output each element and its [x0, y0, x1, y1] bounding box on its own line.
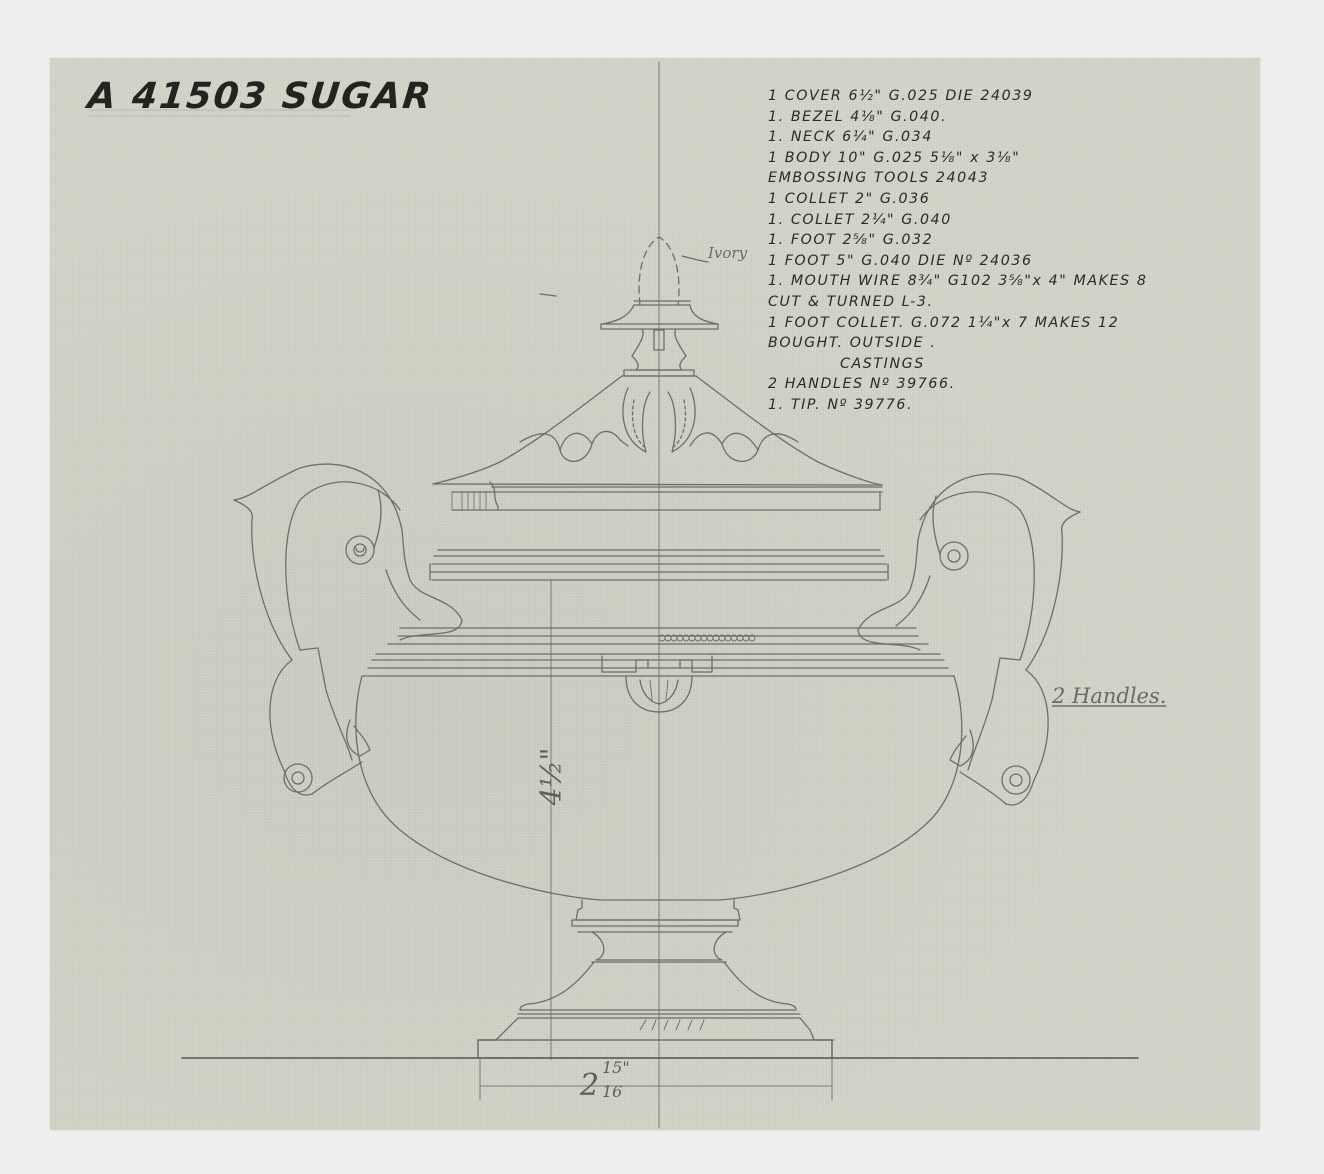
spec-line: 1. MOUTH WIRE 8¾" G102 3⅝"x 4" MAKES 8: [768, 271, 1147, 292]
height-dimension-label: 4½": [534, 748, 567, 806]
right-handle: [858, 474, 1080, 805]
left-handle: [234, 464, 462, 795]
spec-section-heading: CASTINGS: [768, 354, 1147, 375]
ivory-leader-line: [682, 256, 708, 262]
spec-line: 1. BEZEL 4⅛" G.040.: [768, 107, 1147, 128]
width-dimension-whole: 2: [580, 1068, 599, 1103]
spec-line: 1 BODY 10" G.025 5⅛" x 3⅛": [768, 148, 1147, 169]
spec-line: 2 HANDLES Nº 39766.: [768, 374, 1147, 395]
spec-line: 1 FOOT 5" G.040 DIE Nº 24036: [768, 251, 1147, 272]
width-dimension-numerator: 15": [602, 1058, 630, 1077]
spec-line: 1 FOOT COLLET. G.072 1¼"x 7 MAKES 12: [768, 313, 1147, 334]
spec-line: 1 COVER 6½" G.025 DIE 24039: [768, 86, 1147, 107]
spec-line: 1. FOOT 2⅝" G.032: [768, 230, 1147, 251]
spec-line: 1. NECK 6¼" G.034: [768, 127, 1147, 148]
drawing-title: A 41503 SUGAR: [86, 76, 435, 117]
spec-line: CUT & TURNED L-3.: [768, 292, 1147, 313]
spec-line: 1. TIP. Nº 39776.: [768, 395, 1147, 416]
width-dimension-denominator: 16: [602, 1082, 622, 1101]
spec-line: 1 COLLET 2" G.036: [768, 189, 1147, 210]
spec-list: 1 COVER 6½" G.025 DIE 24039 1. BEZEL 4⅛"…: [768, 86, 1147, 416]
foot: [478, 900, 834, 1058]
ivory-note: Ivory: [708, 244, 747, 262]
spec-line: EMBOSSING TOOLS 24043: [768, 168, 1147, 189]
spec-line: BOUGHT. OUTSIDE .: [768, 333, 1147, 354]
handles-note: 2 Handles.: [1052, 684, 1166, 708]
spec-line: 1. COLLET 2¼" G.040: [768, 210, 1147, 231]
